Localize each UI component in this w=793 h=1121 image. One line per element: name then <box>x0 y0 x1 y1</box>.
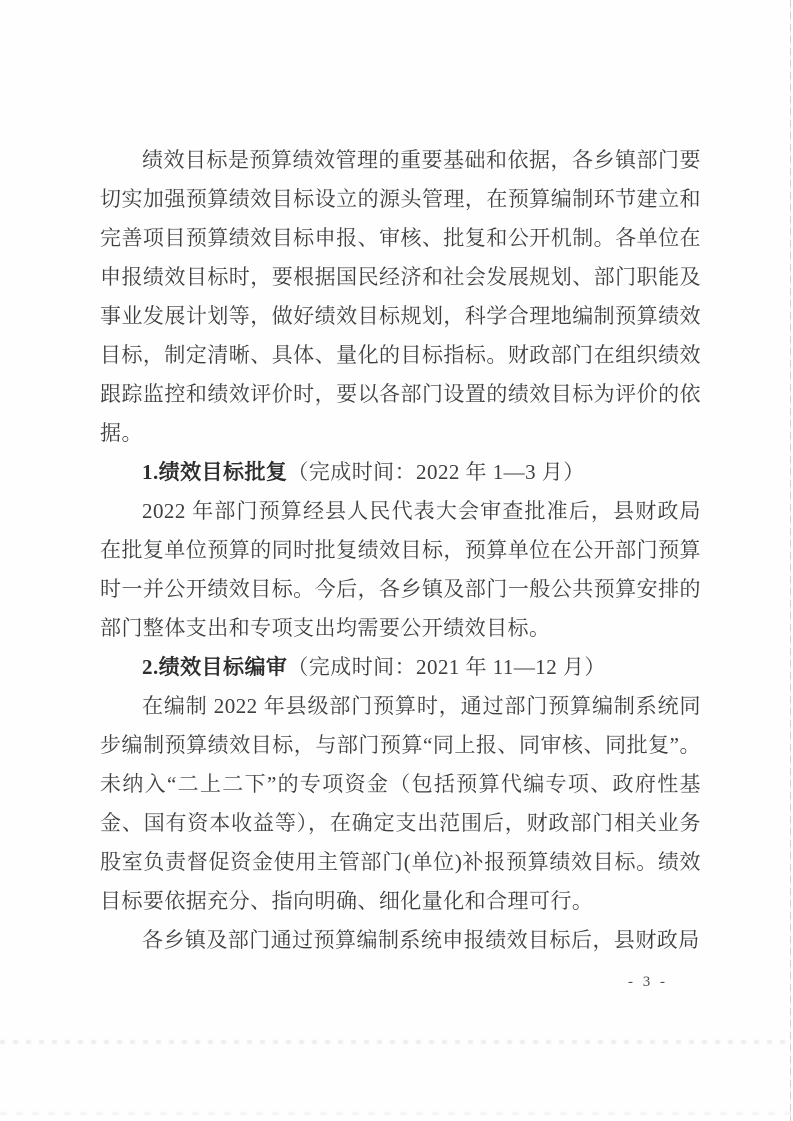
section-1-heading: 1.绩效目标批复（完成时间：2022 年 1—3 月） <box>100 453 701 492</box>
section-2-heading: 2.绩效目标编审（完成时间：2021 年 11—12 月） <box>100 648 701 687</box>
section-2-paragraph-1: 在编制 2022 年县级部门预算时，通过部门预算编制系统同步编制预算绩效目标，与… <box>100 687 701 921</box>
section-1-heading-time: （完成时间：2022 年 1—3 月） <box>287 460 584 484</box>
section-2-paragraph-2: 各乡镇及部门通过预算编制系统申报绩效目标后，县财政局 <box>100 921 701 960</box>
page-number: - 3 - <box>628 974 668 991</box>
document-page: 绩效目标是预算绩效管理的重要基础和依据，各乡镇部门要切实加强预算绩效目标设立的源… <box>0 0 793 1121</box>
section-2-heading-time: （完成时间：2021 年 11—12 月） <box>287 655 605 679</box>
section-1-paragraph: 2022 年部门预算经县人民代表大会审查批准后，县财政局在批复单位预算的同时批复… <box>100 492 701 648</box>
section-2-heading-title: 2.绩效目标编审 <box>142 655 287 679</box>
scan-smudge-artifact <box>0 1040 793 1044</box>
intro-paragraph: 绩效目标是预算绩效管理的重要基础和依据，各乡镇部门要切实加强预算绩效目标设立的源… <box>100 141 701 453</box>
scan-smudge-artifact-2 <box>0 1112 793 1115</box>
document-body: 绩效目标是预算绩效管理的重要基础和依据，各乡镇部门要切实加强预算绩效目标设立的源… <box>100 141 701 960</box>
scan-edge-line <box>790 0 791 1121</box>
section-1-heading-title: 1.绩效目标批复 <box>142 460 287 484</box>
